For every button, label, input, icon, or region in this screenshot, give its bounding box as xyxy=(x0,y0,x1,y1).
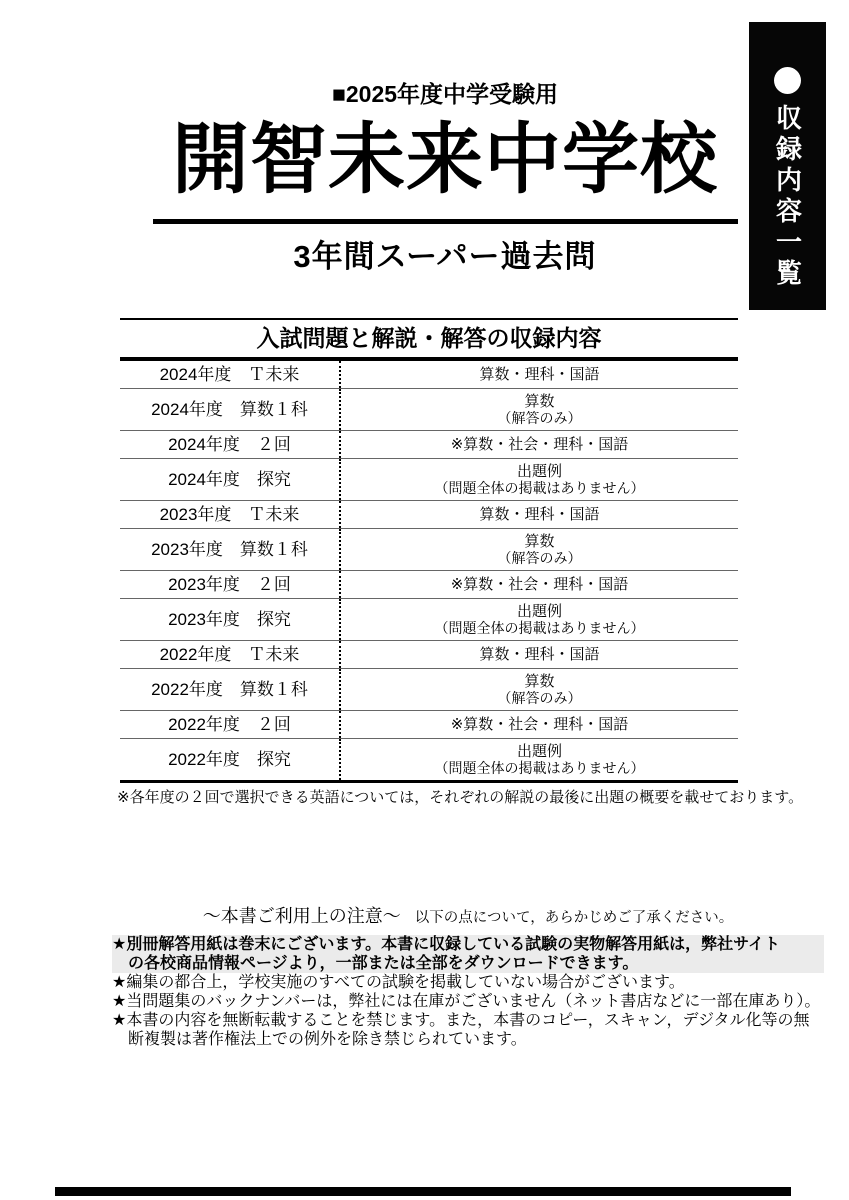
exam-cell: 2023年度 Ｔ未来 xyxy=(120,501,341,528)
subjects-cell: 出題例 （問題全体の掲載はありません） xyxy=(341,459,738,500)
subjects-text: ※算数・社会・理科・国語 xyxy=(451,436,629,454)
subjects-cell: 算数 （解答のみ） xyxy=(341,389,738,430)
bottom-rule xyxy=(55,1187,791,1196)
subjects-note: （解答のみ） xyxy=(498,551,582,566)
exam-cell: 2022年度 Ｔ未来 xyxy=(120,641,341,668)
exam-cell: 2024年度 探究 xyxy=(120,459,341,500)
exam-cell: 2022年度 探究 xyxy=(120,739,341,780)
subjects-cell: 算数・理科・国語 xyxy=(341,641,738,668)
table-row: 2024年度 Ｔ未来 算数・理科・国語 xyxy=(120,361,738,388)
subjects-note: （解答のみ） xyxy=(498,691,582,706)
table-row: 2022年度 探究 出題例 （問題全体の掲載はありません） xyxy=(120,738,738,780)
book-cover-page: 収録内容一覧 ■2025年度中学受験用 開智未来中学校 3年間スーパー過去問 入… xyxy=(0,0,849,1200)
exam-cell: 2023年度 ２回 xyxy=(120,571,341,598)
exam-cell: 2023年度 算数１科 xyxy=(120,529,341,570)
subjects-cell: ※算数・社会・理科・国語 xyxy=(341,571,738,598)
table-row: 2023年度 算数１科 算数 （解答のみ） xyxy=(120,528,738,570)
table-row: 2022年度 Ｔ未来 算数・理科・国語 xyxy=(120,640,738,668)
subjects-text: 出題例 xyxy=(517,463,562,481)
edition-label: ■2025年度中学受験用 xyxy=(40,76,849,109)
note-line: ★別冊解答用紙は巻末にございます。本書に収録している試験の実物解答用紙は，弊社サ… xyxy=(112,935,824,954)
subjects-text: ※算数・社会・理科・国語 xyxy=(451,576,629,594)
table-row: 2024年度 ２回 ※算数・社会・理科・国語 xyxy=(120,430,738,458)
contents-table-section: 入試問題と解説・解答の収録内容 2024年度 Ｔ未来 算数・理科・国語 2024… xyxy=(120,318,738,807)
subjects-note: （問題全体の掲載はありません） xyxy=(435,621,645,636)
table-row: 2023年度 探究 出題例 （問題全体の掲載はありません） xyxy=(120,598,738,640)
exam-cell: 2024年度 ２回 xyxy=(120,431,341,458)
note-line: の各校商品情報ページより，一部または全部をダウンロードできます。 xyxy=(112,954,824,973)
contents-table: 入試問題と解説・解答の収録内容 2024年度 Ｔ未来 算数・理科・国語 2024… xyxy=(120,318,738,783)
table-footnote: ※各年度の２回で選択できる英語については，それぞれの解説の最後に出題の概要を載せ… xyxy=(117,786,738,807)
subjects-cell: 算数・理科・国語 xyxy=(341,501,738,528)
subjects-note: （問題全体の掲載はありません） xyxy=(435,481,645,496)
table-title: 入試問題と解説・解答の収録内容 xyxy=(120,320,738,361)
subjects-cell: 算数・理科・国語 xyxy=(341,361,738,388)
subjects-text: 算数・理科・国語 xyxy=(479,506,599,524)
note-item: ★別冊解答用紙は巻末にございます。本書に収録している試験の実物解答用紙は，弊社サ… xyxy=(112,935,824,973)
subjects-note: （解答のみ） xyxy=(498,411,582,426)
notes-heading: 〜本書ご利用上の注意〜以下の点について，あらかじめご了承ください。 xyxy=(112,902,824,928)
exam-cell: 2024年度 算数１科 xyxy=(120,389,341,430)
subjects-text: 算数 xyxy=(524,533,554,551)
school-name-title: 開智未来中学校 xyxy=(40,110,849,210)
note-line: ★編集の都合上，学校実施のすべての試験を掲載していない場合がございます。 xyxy=(112,973,824,992)
subjects-text: 算数・理科・国語 xyxy=(479,366,599,384)
subjects-cell: ※算数・社会・理科・国語 xyxy=(341,711,738,738)
note-item: ★編集の都合上，学校実施のすべての試験を掲載していない場合がございます。 xyxy=(112,973,824,992)
subjects-text: ※算数・社会・理科・国語 xyxy=(451,716,629,734)
subjects-text: 出題例 xyxy=(517,603,562,621)
subjects-cell: ※算数・社会・理科・国語 xyxy=(341,431,738,458)
subjects-text: 算数 xyxy=(524,393,554,411)
table-row: 2024年度 算数１科 算数 （解答のみ） xyxy=(120,388,738,430)
table-row: 2022年度 ２回 ※算数・社会・理科・国語 xyxy=(120,710,738,738)
subjects-text: 出題例 xyxy=(517,743,562,761)
note-item: ★本書の内容を無断転載することを禁じます。また，本書のコピー，スキャン，デジタル… xyxy=(112,1011,824,1049)
table-row: 2023年度 Ｔ未来 算数・理科・国語 xyxy=(120,500,738,528)
exam-cell: 2022年度 ２回 xyxy=(120,711,341,738)
table-row: 2023年度 ２回 ※算数・社会・理科・国語 xyxy=(120,570,738,598)
table-row: 2022年度 算数１科 算数 （解答のみ） xyxy=(120,668,738,710)
exam-cell: 2023年度 探究 xyxy=(120,599,341,640)
subjects-cell: 算数 （解答のみ） xyxy=(341,669,738,710)
subjects-cell: 出題例 （問題全体の掲載はありません） xyxy=(341,599,738,640)
title-underline xyxy=(153,219,738,224)
notes-heading-sub: 以下の点について，あらかじめご了承ください。 xyxy=(415,910,733,926)
subjects-note: （問題全体の掲載はありません） xyxy=(435,761,645,776)
subjects-cell: 出題例 （問題全体の掲載はありません） xyxy=(341,739,738,780)
exam-cell: 2022年度 算数１科 xyxy=(120,669,341,710)
table-row: 2024年度 探究 出題例 （問題全体の掲載はありません） xyxy=(120,458,738,500)
note-item: ★当問題集のバックナンバーは，弊社には在庫がございません（ネット書店などに一部在… xyxy=(112,992,824,1011)
series-subtitle: 3年間スーパー過去問 xyxy=(40,231,849,276)
notes-heading-main: 〜本書ご利用上の注意〜 xyxy=(203,906,401,926)
note-line: ★当問題集のバックナンバーは，弊社には在庫がございません（ネット書店などに一部在… xyxy=(112,992,824,1011)
usage-notes-section: 〜本書ご利用上の注意〜以下の点について，あらかじめご了承ください。 ★別冊解答用… xyxy=(112,902,824,1049)
subjects-text: 算数・理科・国語 xyxy=(479,646,599,664)
subjects-text: 算数 xyxy=(524,673,554,691)
subjects-cell: 算数 （解答のみ） xyxy=(341,529,738,570)
exam-cell: 2024年度 Ｔ未来 xyxy=(120,361,341,388)
note-line: 断複製は著作権法上での例外を除き禁じられています。 xyxy=(112,1030,824,1049)
note-line: ★本書の内容を無断転載することを禁じます。また，本書のコピー，スキャン，デジタル… xyxy=(112,1011,824,1030)
